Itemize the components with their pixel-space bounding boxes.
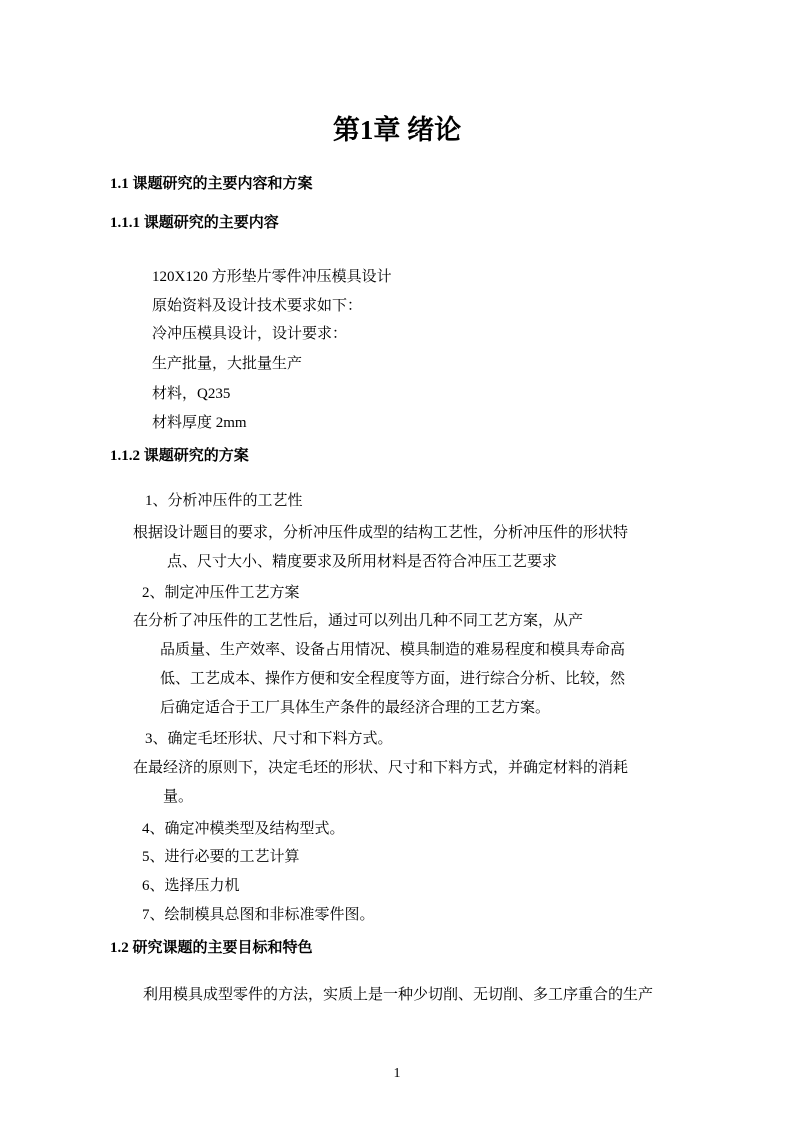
spec-line: 原始资料及设计技术要求如下： bbox=[152, 296, 362, 316]
section-heading-1-1-2: 1.1.2 课题研究的方案 bbox=[110, 446, 249, 466]
paragraph-line: 根据设计题目的要求，分析冲压件成型的结构工艺性，分析冲压件的形状特 bbox=[133, 523, 628, 543]
spec-line: 冷冲压模具设计，设计要求： bbox=[152, 324, 347, 344]
plan-list-item-2: 2、制定冲压件工艺方案 bbox=[142, 583, 300, 603]
spec-line: 120X120 方形垫片零件冲压模具设计 bbox=[152, 267, 392, 287]
section-heading-1-1: 1.1 课题研究的主要内容和方案 bbox=[110, 174, 313, 194]
paragraph-line: 点、尺寸大小、精度要求及所用材料是否符合冲压工艺要求 bbox=[167, 552, 557, 572]
plan-list-item-6: 6、选择压力机 bbox=[142, 876, 240, 896]
plan-list-item-4: 4、确定冲模类型及结构型式。 bbox=[142, 819, 345, 839]
paragraph-line: 品质量、生产效率、设备占用情况、模具制造的难易程度和模具寿命高 bbox=[160, 640, 625, 660]
paragraph-line: 量。 bbox=[163, 787, 193, 807]
document-page: 第1章 绪论 1.1 课题研究的主要内容和方案 1.1.1 课题研究的主要内容 … bbox=[0, 0, 794, 1123]
page-number: 1 bbox=[0, 1065, 794, 1083]
plan-list-item-5: 5、进行必要的工艺计算 bbox=[142, 847, 300, 867]
spec-line: 生产批量，大批量生产 bbox=[152, 354, 302, 374]
spec-line: 材料厚度 2mm bbox=[152, 413, 247, 433]
paragraph-line: 在分析了冲压件的工艺性后，通过可以列出几种不同工艺方案，从产 bbox=[133, 611, 583, 631]
paragraph-line: 低、工艺成本、操作方便和安全程度等方面，进行综合分析、比较，然 bbox=[160, 669, 625, 689]
plan-list-item-3: 3、确定毛坯形状、尺寸和下料方式。 bbox=[145, 729, 393, 749]
section-heading-1-2: 1.2 研究课题的主要目标和特色 bbox=[110, 938, 313, 958]
plan-list-item-7: 7、绘制模具总图和非标准零件图。 bbox=[142, 905, 375, 925]
plan-list-item-1: 1、分析冲压件的工艺性 bbox=[145, 491, 303, 511]
paragraph-line: 在最经济的原则下，决定毛坯的形状、尺寸和下料方式，并确定材料的消耗 bbox=[133, 758, 628, 778]
spec-line: 材料，Q235 bbox=[152, 384, 230, 404]
paragraph-line: 利用模具成型零件的方法，实质上是一种少切削、无切削、多工序重合的生产 bbox=[143, 985, 653, 1005]
chapter-title: 第1章 绪论 bbox=[0, 112, 794, 148]
section-heading-1-1-1: 1.1.1 课题研究的主要内容 bbox=[110, 213, 279, 233]
paragraph-line: 后确定适合于工厂具体生产条件的最经济合理的工艺方案。 bbox=[160, 698, 550, 718]
